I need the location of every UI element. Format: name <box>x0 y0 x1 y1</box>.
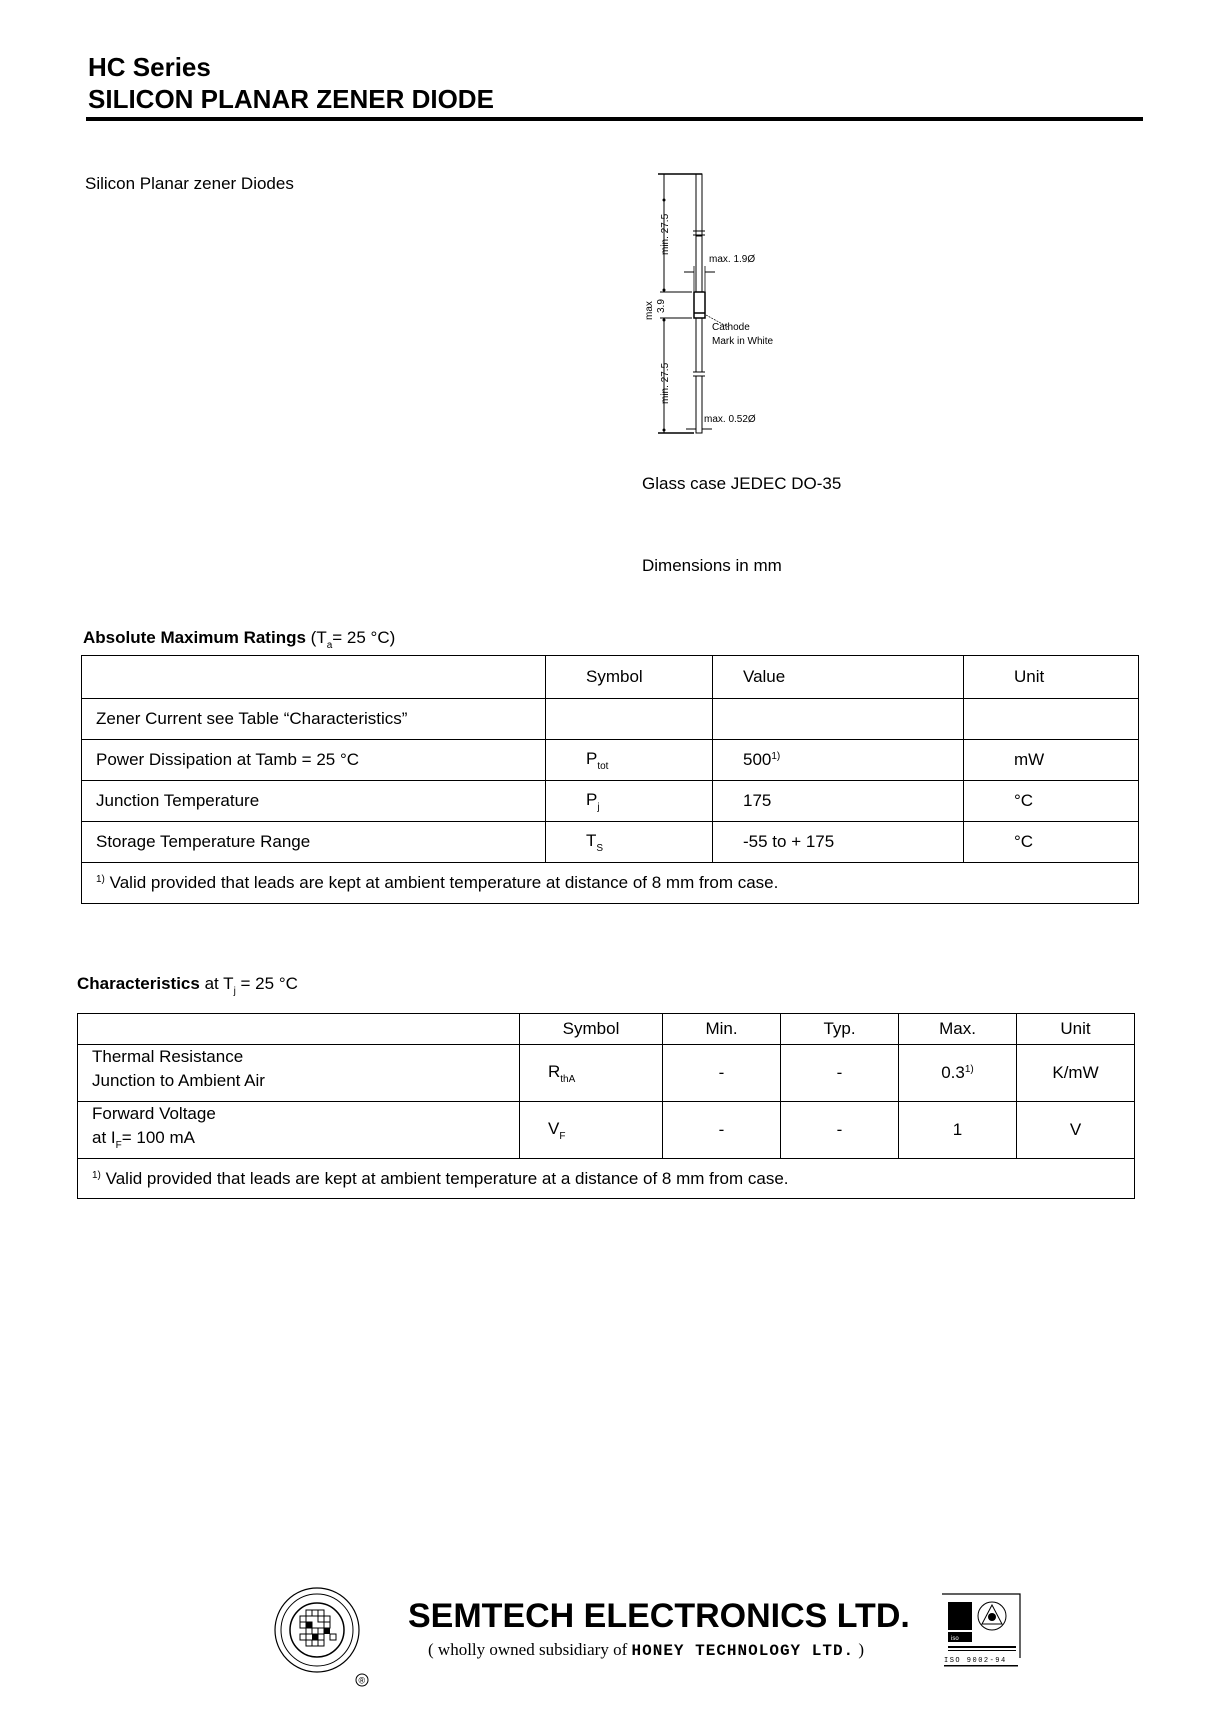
unit-cell: °C <box>964 822 1139 863</box>
footnote-row: 1) Valid provided that leads are kept at… <box>78 1159 1135 1199</box>
symbol-cell: Pj <box>546 781 713 822</box>
iso-text: ISO 9002-94 <box>944 1657 1007 1665</box>
symbol-cell: VF <box>520 1102 663 1159</box>
cathode-note-line1: Cathode <box>712 322 750 333</box>
intro-text: Silicon Planar zener Diodes <box>85 174 294 194</box>
header-param <box>78 1014 520 1045</box>
symbol-cell: RthA <box>520 1045 663 1102</box>
unit-cell: mW <box>964 740 1139 781</box>
param-cell: Forward Voltage at IF= 100 mA <box>78 1102 520 1159</box>
header-unit: Unit <box>1017 1014 1135 1045</box>
header-param <box>82 656 546 699</box>
max-cell: 1 <box>899 1102 1017 1159</box>
parent-company: HONEY TECHNOLOGY LTD. <box>632 1642 855 1660</box>
subsidiary-note: ( wholly owned subsidiary of HONEY TECHN… <box>428 1640 864 1660</box>
value-cell <box>713 699 964 740</box>
typ-cell: - <box>781 1102 899 1159</box>
param-cell: Zener Current see Table “Characteristics… <box>82 699 546 740</box>
value-cell: 5001) <box>713 740 964 781</box>
svg-text:iso: iso <box>951 1636 959 1642</box>
bottom-lead-length-label: min. 27.5 <box>660 362 671 404</box>
typ-cell: - <box>781 1045 899 1102</box>
unit-cell: V <box>1017 1102 1135 1159</box>
table-header-row: Symbol Value Unit <box>82 656 1139 699</box>
unit-cell: °C <box>964 781 1139 822</box>
value-cell: 175 <box>713 781 964 822</box>
header-symbol: Symbol <box>546 656 713 699</box>
max-cell: 0.31) <box>899 1045 1017 1102</box>
body-length-label-max: max <box>644 301 655 320</box>
iso-certification-badge-icon: iso ISO 9002-94 <box>942 1592 1022 1672</box>
characteristics-table: Symbol Min. Typ. Max. Unit Thermal Resis… <box>77 1013 1135 1199</box>
series-title: HC Series <box>88 52 211 82</box>
table-header-row: Symbol Min. Typ. Max. Unit <box>78 1014 1135 1045</box>
table-row: Power Dissipation at Tamb = 25 °C Ptot 5… <box>82 740 1139 781</box>
header-max: Max. <box>899 1014 1017 1045</box>
case-type: Glass case JEDEC DO-35 <box>642 474 841 494</box>
param-cell: Storage Temperature Range <box>82 822 546 863</box>
body-diameter-label: max. 1.9Ø <box>709 254 755 265</box>
param-cell: Thermal Resistance Junction to Ambient A… <box>78 1045 520 1102</box>
dimensions-note: Dimensions in mm <box>642 556 782 576</box>
value-cell: -55 to + 175 <box>713 822 964 863</box>
unit-cell <box>964 699 1139 740</box>
lead-diameter-label: max. 0.52Ø <box>704 414 756 425</box>
company-name: SEMTECH ELECTRONICS LTD. <box>408 1597 910 1636</box>
table-row: Thermal Resistance Junction to Ambient A… <box>78 1045 1135 1102</box>
header-symbol: Symbol <box>520 1014 663 1045</box>
symbol-cell: TS <box>546 822 713 863</box>
abs-max-ratings-table: Symbol Value Unit Zener Current see Tabl… <box>81 655 1139 904</box>
product-title: SILICON PLANAR ZENER DIODE <box>88 84 494 114</box>
min-cell: - <box>663 1045 781 1102</box>
footnote-cell: 1) Valid provided that leads are kept at… <box>78 1159 1135 1199</box>
header-value: Value <box>713 656 964 699</box>
table-row: Zener Current see Table “Characteristics… <box>82 699 1139 740</box>
symbol-cell: Ptot <box>546 740 713 781</box>
symbol-cell <box>546 699 713 740</box>
title-underline <box>86 117 1143 121</box>
registered-mark: ® <box>359 1676 366 1686</box>
characteristics-heading: Characteristics at Tj = 25 °C <box>77 974 298 997</box>
unit-cell: K/mW <box>1017 1045 1135 1102</box>
abs-max-ratings-heading: Absolute Maximum Ratings (Ta= 25 °C) <box>83 628 395 651</box>
header-unit: Unit <box>964 656 1139 699</box>
param-cell: Power Dissipation at Tamb = 25 °C <box>82 740 546 781</box>
top-lead-length-label: min. 27.5 <box>660 213 671 255</box>
footnote-row: 1) Valid provided that leads are kept at… <box>82 863 1139 904</box>
body-length-label-value: 3.9 <box>656 299 667 313</box>
footnote-cell: 1) Valid provided that leads are kept at… <box>82 863 1139 904</box>
package-outline-diagram: min. 27.5 min. 27.5 max 3.9 max. 1.9Ø Ca… <box>640 170 820 440</box>
cathode-note-line2: Mark in White <box>712 336 774 347</box>
header-min: Min. <box>663 1014 781 1045</box>
table-row: Junction Temperature Pj 175 °C <box>82 781 1139 822</box>
table-row: Storage Temperature Range TS -55 to + 17… <box>82 822 1139 863</box>
semtech-logo-icon: ® <box>272 1580 382 1690</box>
table-row: Forward Voltage at IF= 100 mA VF - - 1 V <box>78 1102 1135 1159</box>
header-typ: Typ. <box>781 1014 899 1045</box>
param-cell: Junction Temperature <box>82 781 546 822</box>
min-cell: - <box>663 1102 781 1159</box>
